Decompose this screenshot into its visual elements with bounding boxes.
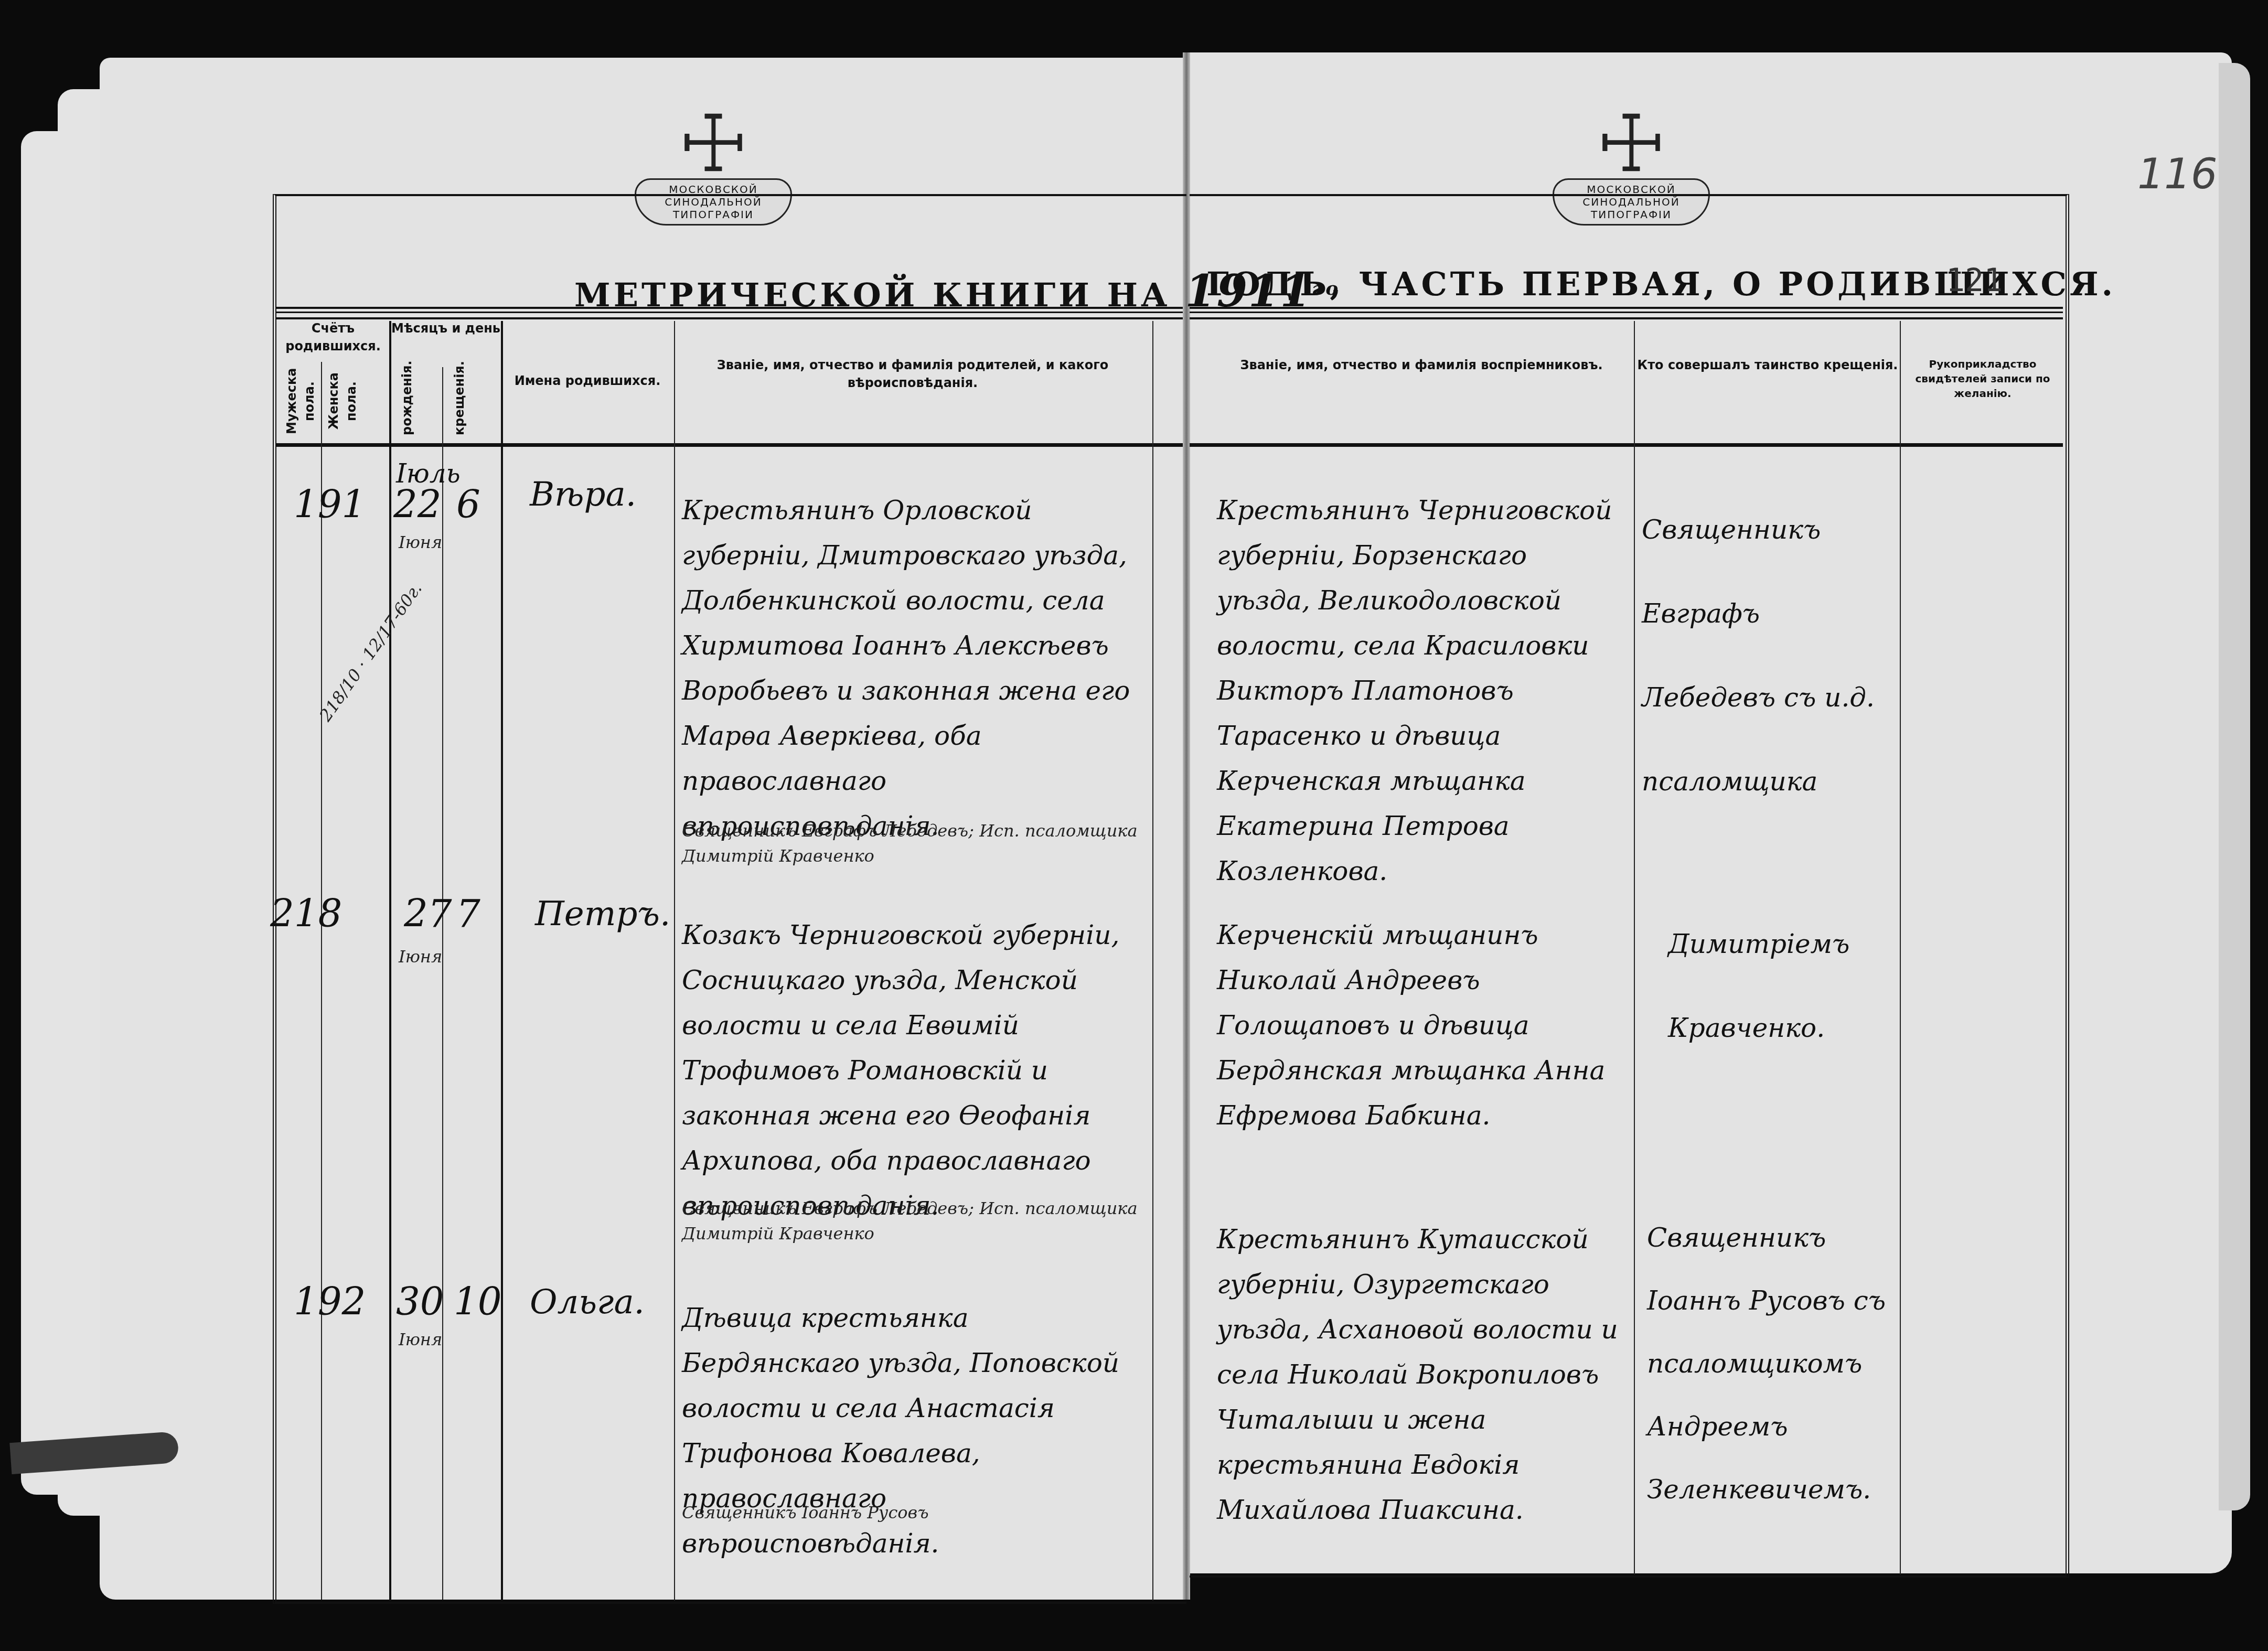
column-divider [1152,321,1153,1601]
entry-male-number: 218 [270,892,342,936]
header-godparents: Званіе, имя, отчество и фамилія воспріем… [1217,357,1626,374]
header-names: Имена родившихся. [504,372,671,390]
entry-officiant: Димитріемъ Кравченко. [1668,902,1899,1070]
entry-female-number: 192 [294,1280,366,1324]
entry-godparents: Керченскій мѣщанинъ Николай Андреевъ Гол… [1217,913,1626,1138]
entry-godparents: Крестьянинъ Черниговской губерніи, Борзе… [1217,488,1626,894]
header-count-female: Женска пола. [325,367,357,435]
double-headed-eagle-icon: ☩ [635,100,792,189]
header-date: Мѣсяцъ и день [391,320,501,338]
entry-female-number: 191 [294,483,366,527]
entry-baptism-day: 10 [454,1280,502,1324]
entry-parents-note: Священникъ Іоаннъ Русовъ [682,1500,1143,1525]
entry-child-name: Вѣра. [530,472,636,517]
folio-number: 116 [2137,149,2218,198]
entry-parents-note: Священникъ Евграфъ Лебедевъ; Исп. псалом… [682,818,1143,869]
double-headed-eagle-icon: ☩ [1553,100,1710,189]
printed-page-number: 121 [1946,262,2003,299]
entry-parents: Дѣвица крестьянка Бердянскаго уѣзда, Поп… [682,1295,1149,1566]
column-divider [321,362,322,1600]
header-bottom-rule [275,441,1183,447]
entry-month-birth: Іюня [399,1327,442,1352]
header-date-baptism: крещенія. [451,378,483,435]
column-divider [501,321,503,1601]
entry-parents: Козакъ Черниговской губерніи, Сосницкаго… [682,913,1149,1228]
entry-child-name: Петръ. [535,892,670,937]
header-officiant: Кто совершалъ таинство крещенія. [1636,357,1899,374]
header-bottom-rule [1190,441,2063,447]
header-signatures: Рукоприкладство свидѣтелей записи по жел… [1901,357,2064,401]
column-divider [674,321,675,1601]
header-parents: Званіе, имя, отчество и фамилія родителе… [677,357,1149,392]
entry-baptism-day: 7 [456,892,480,936]
entry-parents: Крестьянинъ Орловской губерніи, Дмитровс… [682,488,1149,849]
entry-birth-day: 22 [393,483,442,527]
header-count: Счётъ родившихся. [278,320,388,355]
header-count-male: Мужеска пола. [283,367,315,435]
entry-officiant: Священникъ Іоаннъ Русовъ съ псаломщикомъ… [1647,1206,1899,1521]
page-edge-stack-right [2219,63,2250,1510]
entry-month-birth: Іюня [399,944,442,969]
entry-godparents: Крестьянинъ Кутаисской губерніи, Озургет… [1217,1217,1626,1532]
entry-baptism-day: 6 [456,483,480,527]
entry-month-birth: Іюня [399,530,442,555]
entry-officiant: Священникъ Евграфъ Лебедевъ съ и.д. псал… [1642,488,1893,823]
column-divider [389,321,391,1601]
entry-birth-day: 27 [404,892,452,936]
entry-parents-note: Священникъ Евграфъ Лебедевъ; Исп. псалом… [682,1196,1143,1246]
entry-birth-day: 30 [396,1280,444,1324]
column-divider [1634,321,1635,1574]
header-date-birth: рожденія. [399,378,430,435]
header-rule [275,307,1183,319]
header-rule [1190,307,2063,319]
entry-child-name: Ольга. [530,1280,645,1325]
column-divider [442,367,443,1600]
column-divider [1900,321,1901,1574]
